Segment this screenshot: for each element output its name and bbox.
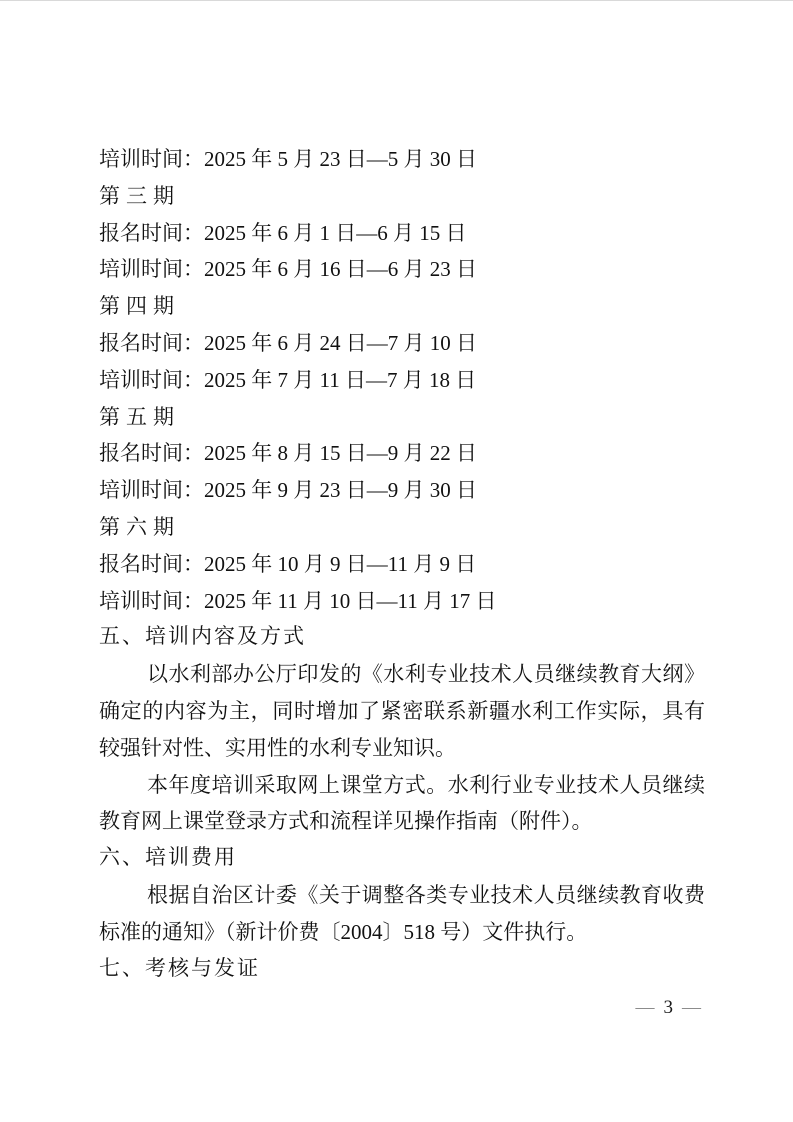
- training-time-line: 培训时间：2025 年 9 月 23 日—9 月 30 日: [99, 472, 705, 509]
- paragraph-content-scope: 以水利部办公厅印发的《水利专业技术人员继续教育大纲》确定的内容为主，同时增加了紧…: [99, 656, 705, 766]
- training-time-line: 培训时间：2025 年 7 月 11 日—7 月 18 日: [99, 362, 705, 399]
- page-number-value: 3: [664, 996, 674, 1020]
- paragraph-online-classroom: 本年度培训采取网上课堂方式。水利行业专业技术人员继续教育网上课堂登录方式和流程详…: [99, 767, 705, 841]
- signup-time-line: 报名时间：2025 年 8 月 15 日—9 月 22 日: [99, 435, 705, 472]
- page-number-left-dash: —: [636, 996, 655, 1020]
- training-time-line: 培训时间：2025 年 5 月 23 日—5 月 30 日: [99, 141, 705, 178]
- session-heading-4: 第四期: [99, 288, 705, 325]
- session-heading-6: 第六期: [99, 509, 705, 546]
- signup-time-line: 报名时间：2025 年 10 月 9 日—11 月 9 日: [99, 546, 705, 583]
- document-page: 培训时间：2025 年 5 月 23 日—5 月 30 日 第三期 报名时间：2…: [0, 0, 793, 1122]
- session-heading-5: 第五期: [99, 399, 705, 436]
- section-heading-assessment: 七、考核与发证: [99, 951, 705, 988]
- section-heading-content-method: 五、培训内容及方式: [99, 619, 705, 656]
- session-heading-3: 第三期: [99, 178, 705, 215]
- training-time-line: 培训时间：2025 年 6 月 16 日—6 月 23 日: [99, 251, 705, 288]
- signup-time-line: 报名时间：2025 年 6 月 1 日—6 月 15 日: [99, 215, 705, 252]
- paragraph-fee-basis: 根据自治区计委《关于调整各类专业技术人员继续教育收费标准的通知》（新计价费〔20…: [99, 877, 705, 951]
- page-number-right-dash: —: [682, 996, 701, 1020]
- page-number: — 3 —: [636, 996, 702, 1020]
- signup-time-line: 报名时间：2025 年 6 月 24 日—7 月 10 日: [99, 325, 705, 362]
- section-heading-fees: 六、培训费用: [99, 840, 705, 877]
- document-content: 培训时间：2025 年 5 月 23 日—5 月 30 日 第三期 报名时间：2…: [99, 141, 705, 987]
- training-time-line: 培训时间：2025 年 11 月 10 日—11 月 17 日: [99, 583, 705, 620]
